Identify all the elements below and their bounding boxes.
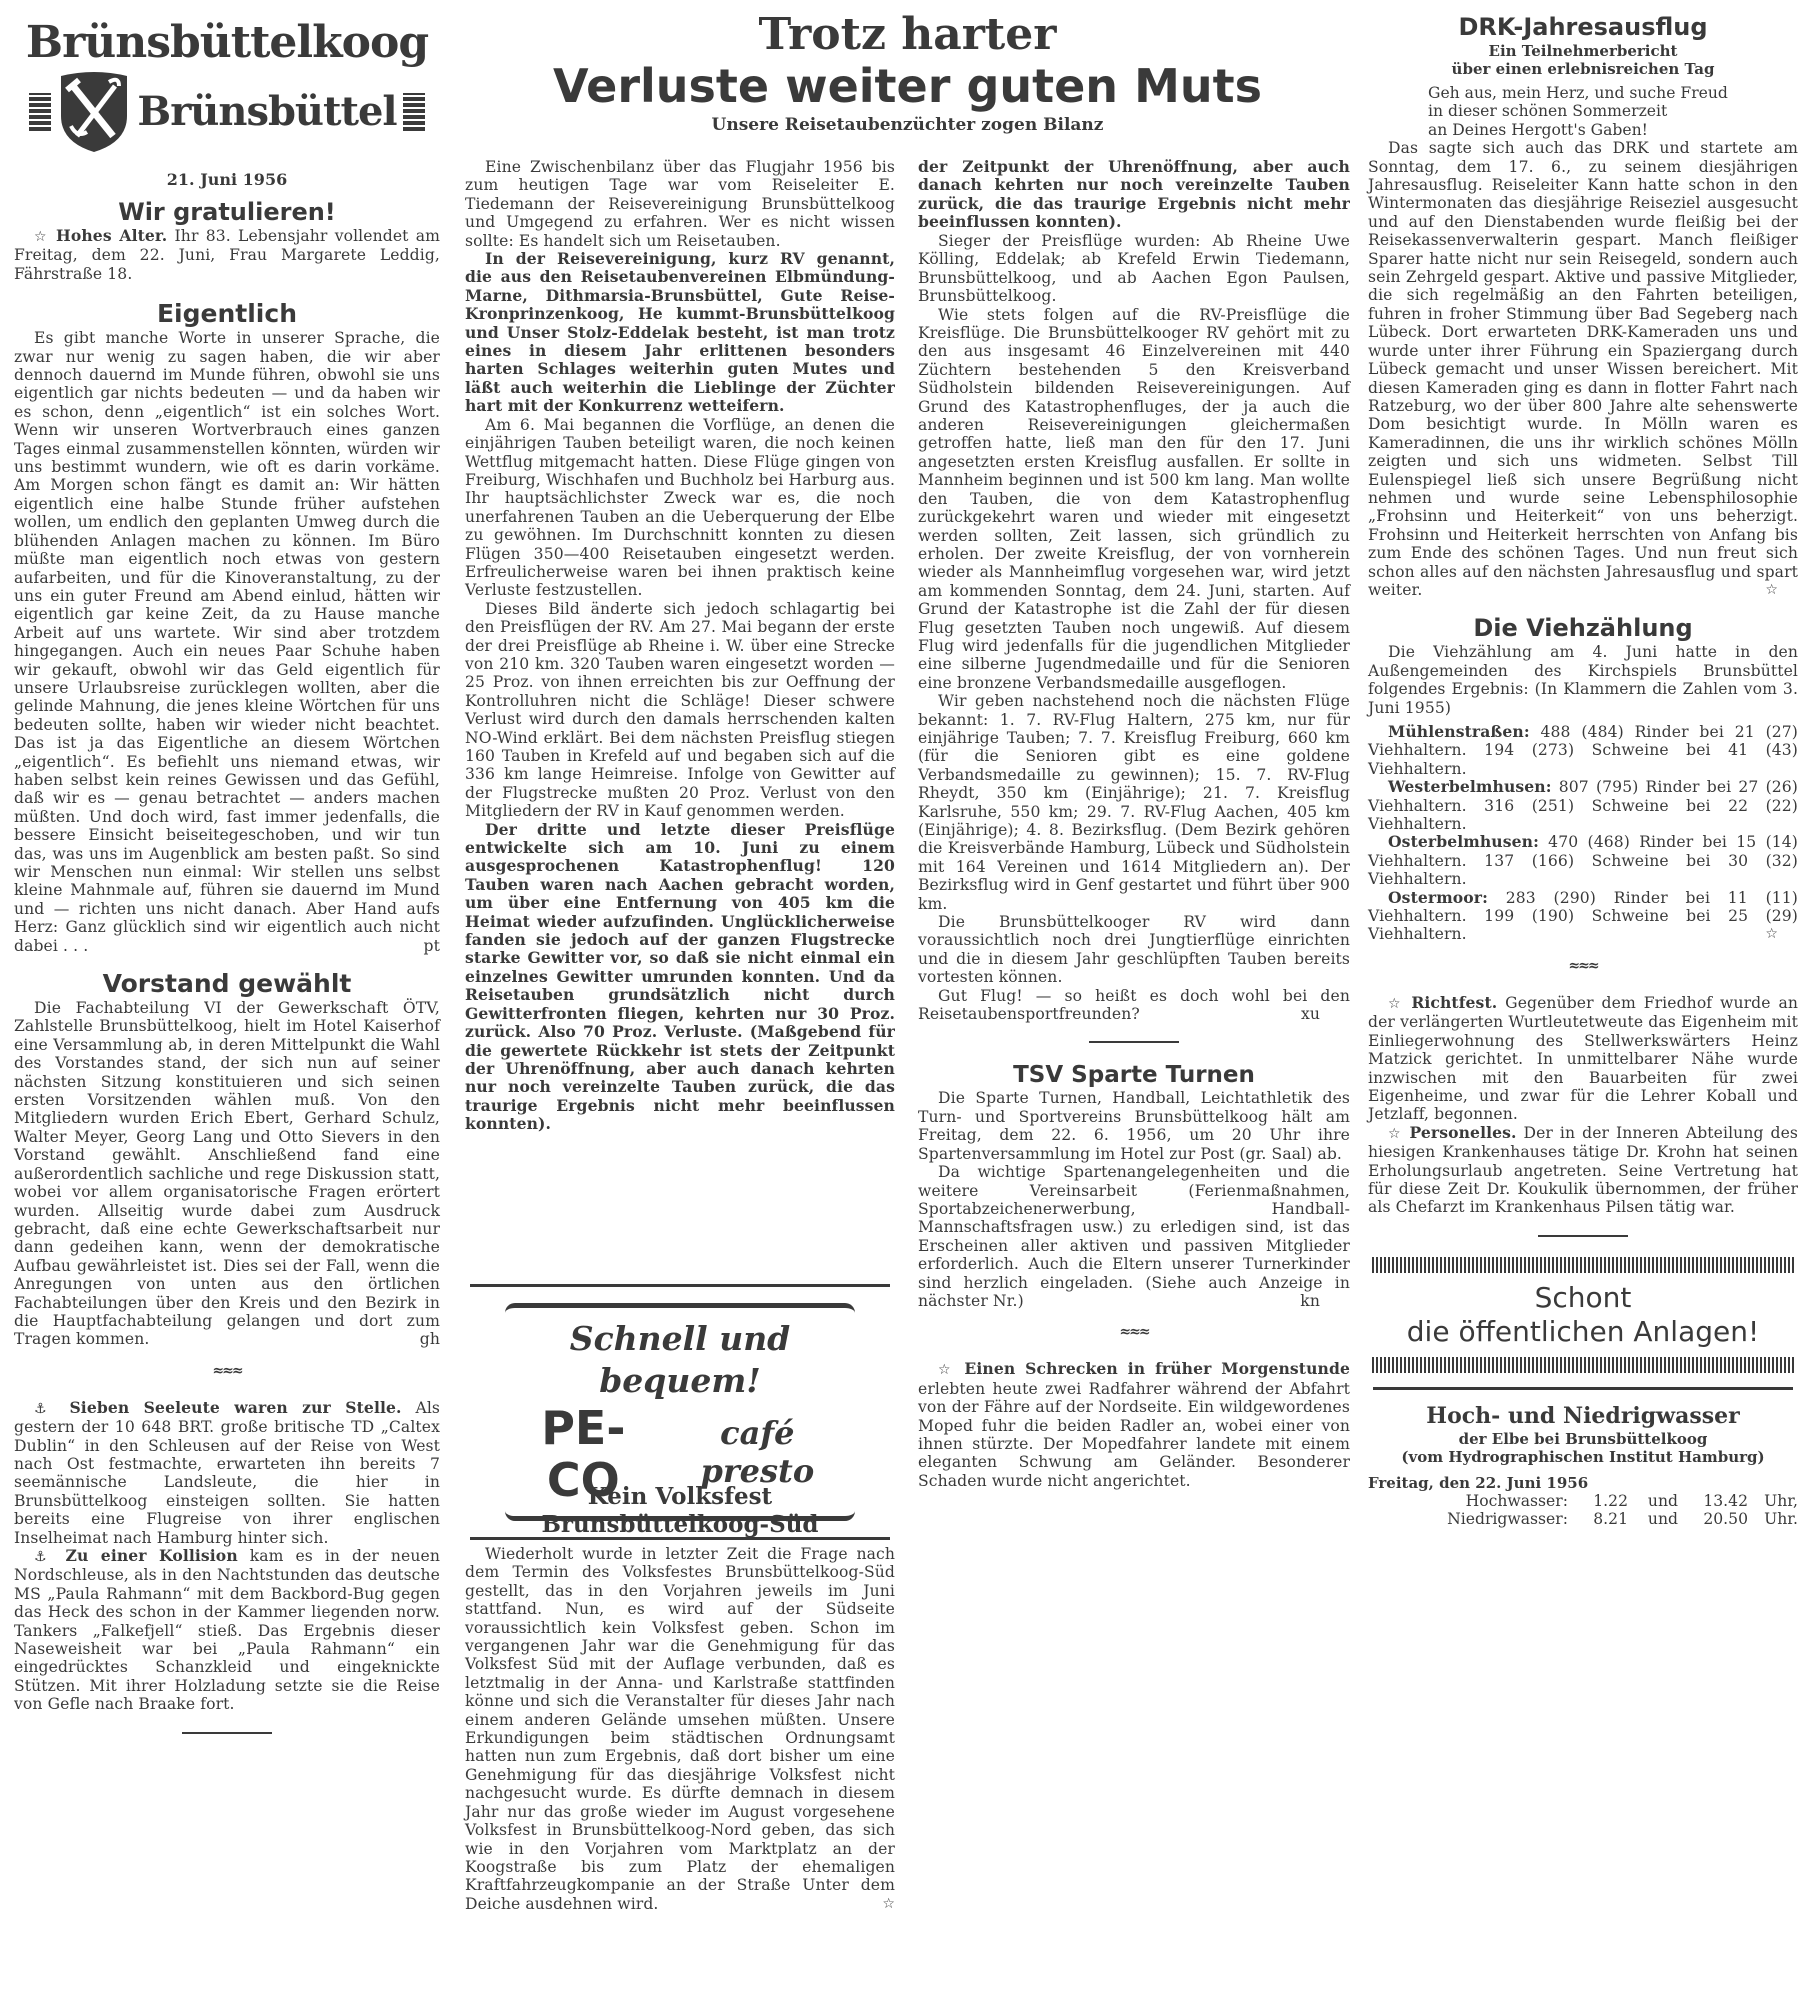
vieh-entry: Osterbelmhusen: 470 (468) Rinder bei 15 … — [1368, 833, 1798, 888]
headline-eigentlich: Eigentlich — [14, 299, 440, 329]
lead-p3: Am 6. Mai begannen die Vorflüge, an dene… — [465, 416, 895, 600]
headline-vorstand: Vorstand gewählt — [14, 969, 440, 999]
tide-source: (vom Hydrographischen Institut Hamburg) — [1368, 1448, 1798, 1466]
headline-drk: DRK-Jahresausflug — [1368, 12, 1798, 42]
article-schrecken: ☆ Einen Schrecken in früher Morgenstunde… — [918, 1360, 1350, 1490]
article-volksfest: Kein Volksfest Brunsbüttelkoog-Süd Wiede… — [465, 1483, 895, 1913]
star-icon: ☆ — [1765, 581, 1778, 599]
drk-poem: Geh aus, mein Herz, und suche Freud in d… — [1368, 84, 1798, 139]
divider — [1373, 1387, 1793, 1390]
drk-subtitle-1: Ein Teilnehmerbericht — [1368, 42, 1798, 60]
headline-gratulieren: Wir gratulieren! — [14, 197, 440, 227]
tide-row-hochwasser: Hochwasser: 1.22 und 13.42 Uhr, — [1368, 1492, 1798, 1510]
wave-divider-icon: ≈≈≈ — [1368, 958, 1798, 974]
signature: xu — [1301, 1005, 1320, 1023]
column-1: Brünsbüttelkoog Brünsbüttel 21. Juni 195… — [14, 0, 440, 1752]
drk-subtitle-2: über einen erlebnisreichen Tag — [1368, 60, 1798, 78]
ad-product: café presto — [666, 1414, 849, 1490]
article-richtfest: ☆ Richtfest. Gegenüber dem Friedhof wurd… — [1368, 994, 1798, 1124]
divider — [1089, 1041, 1179, 1043]
tide-subtitle: der Elbe bei Brunsbüttelkoog — [1368, 1430, 1798, 1448]
article-vorstand: Die Fachabteilung VI der Gewerkschaft ÖT… — [14, 999, 440, 1349]
masthead: Brünsbüttelkoog Brünsbüttel 21. Juni 195… — [14, 0, 440, 189]
lead-p10: Gut Flug! — so heißt es doch wohl bei de… — [918, 987, 1350, 1024]
headline-volksfest-1: Kein Volksfest — [465, 1483, 895, 1511]
vieh-intro: Die Viehzählung am 4. Juni hatte in den … — [1368, 643, 1798, 717]
coat-of-arms-icon — [57, 70, 131, 154]
vieh-entry: Ostermoor: 283 (290) Rinder bei 11 (11) … — [1368, 889, 1798, 944]
lead-p6: Sieger der Preisflüge wurden: Ab Rheine … — [918, 232, 1350, 306]
article-eigentlich: Es gibt manche Worte in unserer Sprache,… — [14, 329, 440, 955]
lead-p2: In der Reisevereinigung, kurz RV genannt… — [465, 250, 895, 416]
column-4: DRK-Jahresausflug Ein Teilnehmerbericht … — [1368, 12, 1798, 1529]
lead-headline-line1: Trotz harter — [465, 10, 1350, 60]
drk-text: Das sagte sich auch das DRK und startete… — [1368, 139, 1798, 599]
lead-p5-continuation: der Zeitpunkt der Uhrenöffnung, aber auc… — [918, 158, 1350, 232]
lead-p1: Eine Zwischenbilanz über das Flugjahr 19… — [465, 158, 895, 250]
hatch-border — [1372, 1357, 1794, 1373]
anchor-icon: ⚓ — [34, 1549, 54, 1565]
column-2: Eine Zwischenbilanz über das Flugjahr 19… — [465, 158, 895, 1134]
divider — [182, 1732, 272, 1734]
signature: kn — [1300, 1292, 1320, 1310]
banner-right-icon — [403, 93, 425, 131]
star-icon: ☆ — [34, 229, 49, 245]
tide-row-niedrigwasser: Niedrigwasser: 8.21 und 20.50 Uhr. — [1368, 1510, 1798, 1528]
lead-p5: Der dritte und letzte dieser Preisflüge … — [465, 821, 895, 1134]
hatch-border — [1372, 1257, 1794, 1273]
tide-date: Freitag, den 22. Juni 1956 — [1368, 1474, 1798, 1492]
lead-p7: Wie stets folgen auf die RV-Preisflüge d… — [918, 306, 1350, 693]
lead-headline-line2: Verluste weiter guten Muts — [465, 60, 1350, 112]
lead-subtitle: Unsere Reisetaubenzüchter zogen Bilanz — [465, 116, 1350, 134]
tide-table: Hoch- und Niedrigwasser der Elbe bei Bru… — [1368, 1402, 1798, 1529]
issue-date: 21. Juni 1956 — [14, 170, 440, 189]
newspaper-page: Brünsbüttelkoog Brünsbüttel 21. Juni 195… — [0, 0, 1800, 2005]
star-icon: ☆ — [1388, 1126, 1403, 1142]
anchor-icon: ⚓ — [34, 1401, 56, 1417]
headline-volksfest-2: Brunsbüttelkoog-Süd — [465, 1511, 895, 1539]
article-personelles: ☆ Personelles. Der in der Inneren Abteil… — [1368, 1124, 1798, 1217]
signature: gh — [420, 1330, 440, 1348]
ad-slogan: Schnell und bequem! — [511, 1318, 849, 1402]
banner-left-icon — [29, 93, 51, 131]
star-icon: ☆ — [1388, 996, 1403, 1012]
tsv-p1: Die Sparte Turnen, Handball, Leichtathle… — [918, 1089, 1350, 1163]
headline-tsv: TSV Sparte Turnen — [918, 1061, 1350, 1089]
article-hohes-alter: ☆ Hohes Alter. Ihr 83. Lebensjahr vollen… — [14, 227, 440, 283]
lead-p9: Die Brunsbüttelkooger RV wird dann vorau… — [918, 913, 1350, 987]
lead-p8: Wir geben nachstehend noch die nächsten … — [918, 692, 1350, 913]
masthead-subtitle: Brünsbüttel — [137, 89, 396, 135]
headline-viehzaehlung: Die Viehzählung — [1368, 613, 1798, 643]
lead-p4: Dieses Bild änderte sich jedoch schlagar… — [465, 600, 895, 821]
ad-anlagen: Schont die öffentlichen Anlagen! — [1368, 1257, 1798, 1373]
signature: pt — [424, 937, 440, 955]
wave-divider-icon: ≈≈≈ — [14, 1363, 440, 1379]
lead-headline-block: Trotz harter Verluste weiter guten Muts … — [465, 10, 1350, 134]
star-icon: ☆ — [1765, 925, 1778, 943]
ad-anlagen-text: Schont die öffentlichen Anlagen! — [1368, 1281, 1798, 1349]
star-icon: ☆ — [938, 1362, 955, 1378]
column-3: Sieger der Preisflüge wurden: Ab Rheine … — [918, 158, 1350, 1490]
masthead-title: Brünsbüttelkoog — [14, 18, 440, 68]
divider — [1538, 1235, 1628, 1237]
article-kollision: ⚓ Zu einer Kollision kam es in der neuen… — [14, 1547, 440, 1714]
vieh-entry: Mühlenstraßen: 488 (484) Rinder bei 21 (… — [1368, 723, 1798, 778]
wave-divider-icon: ≈≈≈ — [918, 1324, 1350, 1340]
star-icon: ☆ — [882, 1895, 895, 1913]
article-seeleute: ⚓ Sieben Seeleute waren zur Stelle. Als … — [14, 1399, 440, 1547]
headline-tide: Hoch- und Niedrigwasser — [1368, 1402, 1798, 1430]
vieh-entry: Westerbelmhusen: 807 (795) Rinder bei 27… — [1368, 778, 1798, 833]
tsv-p2: Da wichtige Spartenangelegenheiten und d… — [918, 1163, 1350, 1310]
